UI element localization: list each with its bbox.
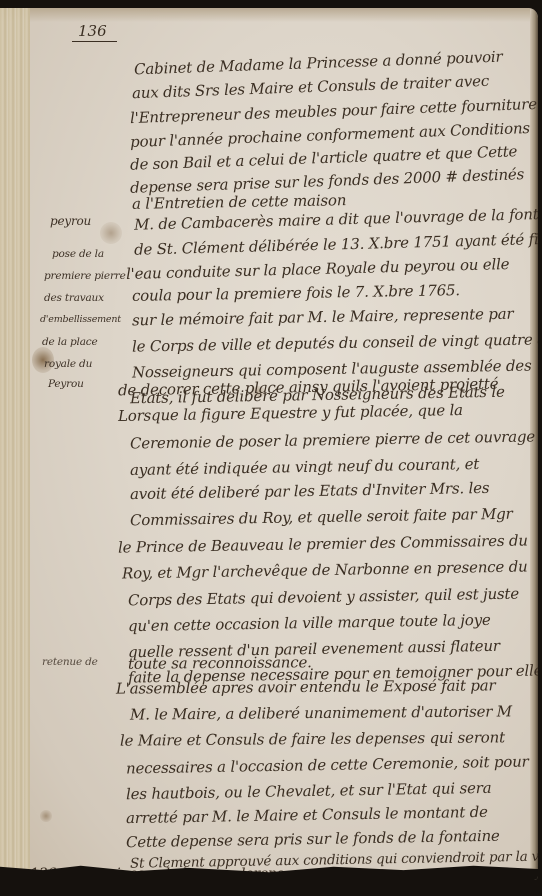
body-line: Cette depense sera pris sur le fonds de …	[126, 827, 500, 852]
margin-note: royale du	[44, 358, 92, 370]
body-line: Commissaires du Roy, et quelle seroit fa…	[130, 505, 513, 530]
margin-note: pose de la	[52, 248, 104, 260]
body-line: Roy, et Mgr l'archevêque de Narbonne en …	[122, 557, 528, 582]
body-line: Corps des Etats qui devoient y assister,…	[128, 585, 519, 610]
body-line: L'assemblée apres avoir entendu le Expos…	[116, 676, 496, 697]
body-line: necessaires a l'occasion de cette Ceremo…	[126, 752, 529, 777]
body-line: Ceremonie de poser la premiere pierre de…	[130, 427, 535, 452]
manuscript-page: 136 Cabinet de Madame la Princesse a don…	[0, 8, 538, 880]
body-line: ayant été indiquée au vingt neuf du cour…	[130, 455, 479, 479]
margin-note: Peyrou	[48, 378, 84, 390]
body-line: qu'en cette occasion la ville marque tou…	[128, 611, 491, 635]
body-line: le Prince de Beauveau le premier des Com…	[118, 531, 528, 556]
body-line: l'eau conduite sur la place Royale du pe…	[126, 255, 510, 283]
body-line: toute sa reconnoissance.	[128, 653, 312, 673]
margin-note: retenue de	[42, 656, 98, 668]
ink-stain	[40, 810, 52, 822]
body-line: de St. Clément délibérée le 13. X.bre 17…	[134, 229, 538, 258]
ink-stain	[100, 222, 122, 244]
body-line: le Corps de ville et deputés du conseil …	[132, 330, 538, 355]
margin-note: premiere pierre	[44, 270, 126, 282]
body-line: M. le Maire, a deliberé unanimement d'au…	[130, 702, 512, 723]
bound-gutter	[0, 8, 30, 880]
body-line: les hautbois, ou le Chevalet, et sur l'E…	[126, 779, 492, 803]
body-line: arretté par M. le Maire et Consuls le mo…	[126, 803, 488, 827]
page-number: 136	[72, 22, 117, 42]
body-line: sur le mémoire fait par M. le Maire, rep…	[132, 305, 514, 330]
body-line: avoit été deliberé par les Etats d'Invit…	[130, 479, 490, 503]
body-line: coula pour la premiere fois le 7. X.bre …	[132, 281, 460, 305]
margin-note: d'embellissement	[40, 314, 121, 325]
margin-note: des travaux	[44, 292, 104, 304]
body-line: a l'Entretien de cette maison	[132, 191, 347, 213]
body-line: le Maire et Consuls de faire les depense…	[120, 728, 505, 749]
margin-note: de la place	[42, 336, 97, 348]
margin-note: peyrou	[50, 214, 91, 228]
